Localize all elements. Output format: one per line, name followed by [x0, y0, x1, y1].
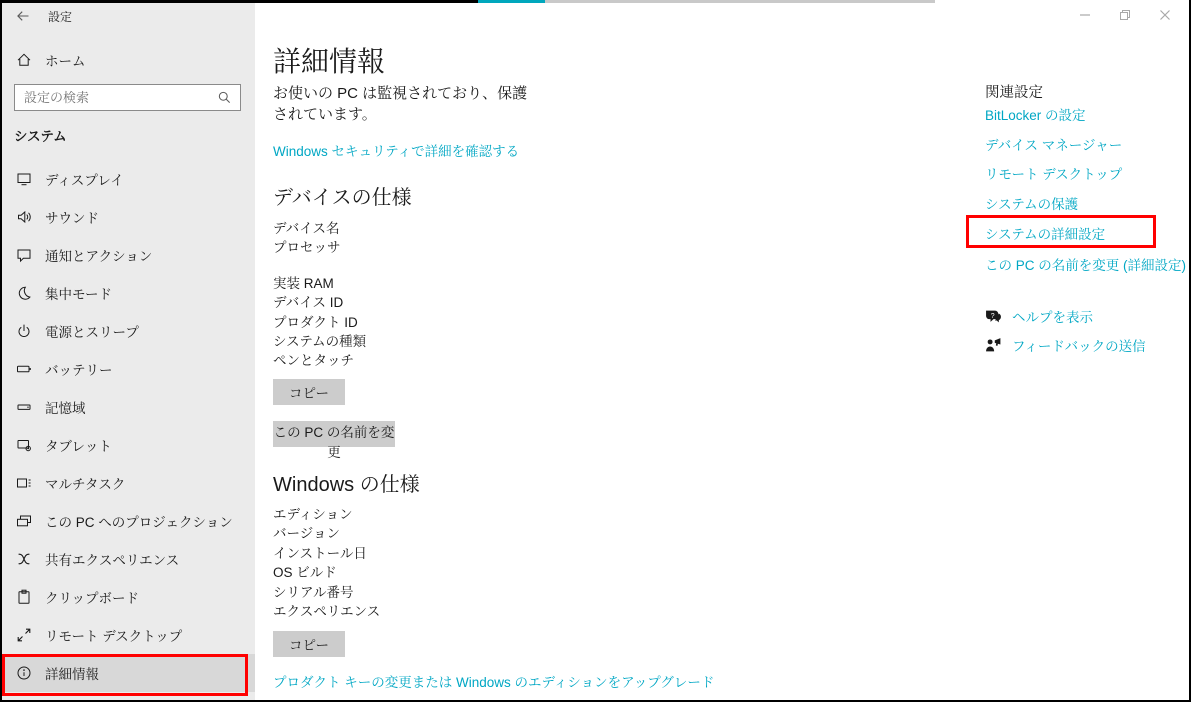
sidebar-item-label: サウンド: [45, 207, 99, 227]
copy-windows-spec-button[interactable]: コピー: [273, 631, 345, 657]
security-status-text: お使いの PC は監視されており、保護されています。: [273, 83, 541, 125]
spec-label: プロセッサ: [273, 238, 366, 257]
sidebar-item-label: ディスプレイ: [45, 169, 124, 189]
window-border-top: [0, 0, 478, 3]
sidebar-item-tablet[interactable]: タブレット: [0, 426, 255, 464]
app-title: 設定: [48, 8, 72, 25]
restore-button[interactable]: [1105, 0, 1145, 30]
sidebar-item-about[interactable]: 詳細情報: [0, 654, 255, 692]
related-settings-heading: 関連設定: [985, 81, 1043, 102]
clipboard-icon: [16, 589, 32, 605]
sidebar-item-shared-experiences[interactable]: 共有エクスペリエンス: [0, 540, 255, 578]
window-controls: [1065, 0, 1185, 30]
spec-label: シリアル番号: [273, 583, 380, 602]
sidebar-item-notifications[interactable]: 通知とアクション: [0, 236, 255, 274]
sidebar-item-label: リモート デスクトップ: [45, 625, 182, 645]
device-spec-labels: デバイス名 プロセッサ 実装 RAM デバイス ID プロダクト ID システム…: [273, 219, 366, 371]
send-feedback-link[interactable]: フィードバックの送信: [1012, 335, 1146, 355]
remote-desktop-icon: [16, 627, 32, 643]
multitasking-icon: [16, 475, 32, 491]
windows-security-link[interactable]: Windows セキュリティで詳細を確認する: [273, 140, 519, 160]
page-title: 詳細情報: [273, 40, 385, 80]
sidebar-item-clipboard[interactable]: クリップボード: [0, 578, 255, 616]
spec-label: インストール日: [273, 544, 380, 563]
rename-pc-button[interactable]: この PC の名前を変更: [273, 421, 395, 447]
sidebar-item-label: 集中モード: [45, 283, 112, 303]
advanced-system-settings-link[interactable]: システムの詳細設定: [985, 223, 1105, 243]
bitlocker-settings-link[interactable]: BitLocker の設定: [985, 104, 1086, 124]
top-gray-segment: [545, 0, 935, 3]
storage-icon: [16, 399, 32, 415]
spec-label: デバイス ID: [273, 293, 366, 312]
search-box[interactable]: [14, 84, 241, 111]
power-icon: [16, 323, 32, 339]
send-feedback-row[interactable]: フィードバックの送信: [985, 335, 1146, 355]
sidebar-item-label: 詳細情報: [45, 663, 99, 683]
rename-pc-advanced-link[interactable]: この PC の名前を変更 (詳細設定): [985, 254, 1186, 274]
sidebar-nav-list: ディスプレイ サウンド 通知とアクション 集中モード 電源とスリープ バッテリー: [0, 160, 255, 692]
sidebar-item-label: クリップボード: [45, 587, 139, 607]
battery-icon: [16, 361, 32, 377]
focus-assist-icon: [16, 285, 32, 301]
search-icon: [217, 90, 232, 105]
sidebar-item-label: タブレット: [45, 435, 112, 455]
sidebar-item-label: ホーム: [45, 50, 86, 70]
titlebar: 設定: [0, 0, 255, 32]
sidebar-item-home[interactable]: ホーム: [0, 45, 255, 75]
spec-label: システムの種類: [273, 332, 366, 351]
device-manager-link[interactable]: デバイス マネージャー: [985, 134, 1122, 154]
sidebar-item-label: バッテリー: [45, 359, 113, 379]
sidebar-item-display[interactable]: ディスプレイ: [0, 160, 255, 198]
sound-icon: [16, 209, 32, 225]
system-protection-link[interactable]: システムの保護: [985, 193, 1078, 213]
upgrade-edition-link[interactable]: プロダクト キーの変更または Windows のエディションをアップグレード: [273, 671, 714, 691]
help-chat-icon: ?: [985, 308, 1002, 325]
sidebar-item-label: 通知とアクション: [45, 245, 152, 265]
sidebar: 設定 ホーム システム ディスプレイ サウンド: [0, 0, 255, 702]
spec-label: エクスペリエンス: [273, 602, 380, 621]
feedback-person-icon: [985, 337, 1002, 354]
spec-label: エディション: [273, 505, 380, 524]
sidebar-item-label: 共有エクスペリエンス: [45, 549, 179, 569]
notifications-icon: [16, 247, 32, 263]
sidebar-item-label: マルチタスク: [45, 473, 125, 493]
sidebar-item-power-sleep[interactable]: 電源とスリープ: [0, 312, 255, 350]
sidebar-item-sound[interactable]: サウンド: [0, 198, 255, 236]
get-help-row[interactable]: ? ヘルプを表示: [985, 306, 1093, 326]
tablet-icon: [16, 437, 32, 453]
display-icon: [16, 171, 32, 187]
search-input[interactable]: [15, 90, 217, 105]
windows-spec-labels: エディション バージョン インストール日 OS ビルド シリアル番号 エクスペリ…: [273, 505, 380, 621]
spec-label: OS ビルド: [273, 563, 380, 582]
spec-label: デバイス名: [273, 219, 366, 238]
get-help-link[interactable]: ヘルプを表示: [1012, 306, 1093, 326]
copy-device-spec-button[interactable]: コピー: [273, 379, 345, 405]
sidebar-item-label: 記憶域: [45, 397, 86, 417]
spec-label: ペンとタッチ: [273, 351, 366, 370]
sidebar-item-label: この PC へのプロジェクション: [45, 511, 233, 531]
windows-spec-heading: Windows の仕様: [273, 468, 420, 497]
settings-window: 詳細情報 お使いの PC は監視されており、保護されています。 Windows …: [0, 0, 1191, 702]
sidebar-item-storage[interactable]: 記憶域: [0, 388, 255, 426]
device-spec-heading: デバイスの仕様: [273, 181, 412, 210]
svg-text:?: ?: [991, 312, 995, 319]
sidebar-section-label: システム: [14, 125, 67, 145]
back-button[interactable]: [13, 6, 33, 26]
sidebar-item-focus-assist[interactable]: 集中モード: [0, 274, 255, 312]
minimize-button[interactable]: [1065, 0, 1105, 30]
sidebar-item-label: 電源とスリープ: [45, 321, 139, 341]
shared-experiences-icon: [16, 551, 32, 567]
sidebar-item-multitasking[interactable]: マルチタスク: [0, 464, 255, 502]
sidebar-item-projecting[interactable]: この PC へのプロジェクション: [0, 502, 255, 540]
close-button[interactable]: [1145, 0, 1185, 30]
spec-label: プロダクト ID: [273, 313, 366, 332]
home-icon: [16, 52, 32, 68]
main-content: 詳細情報 お使いの PC は監視されており、保護されています。 Windows …: [255, 0, 1191, 702]
about-info-icon: [16, 665, 32, 681]
window-border-left: [0, 0, 2, 702]
top-accent-segment: [478, 0, 545, 3]
sidebar-item-battery[interactable]: バッテリー: [0, 350, 255, 388]
spec-label: 実装 RAM: [273, 274, 366, 293]
projecting-icon: [16, 513, 32, 529]
remote-desktop-link[interactable]: リモート デスクトップ: [985, 163, 1122, 183]
spec-label: バージョン: [273, 524, 380, 543]
sidebar-item-remote-desktop[interactable]: リモート デスクトップ: [0, 616, 255, 654]
